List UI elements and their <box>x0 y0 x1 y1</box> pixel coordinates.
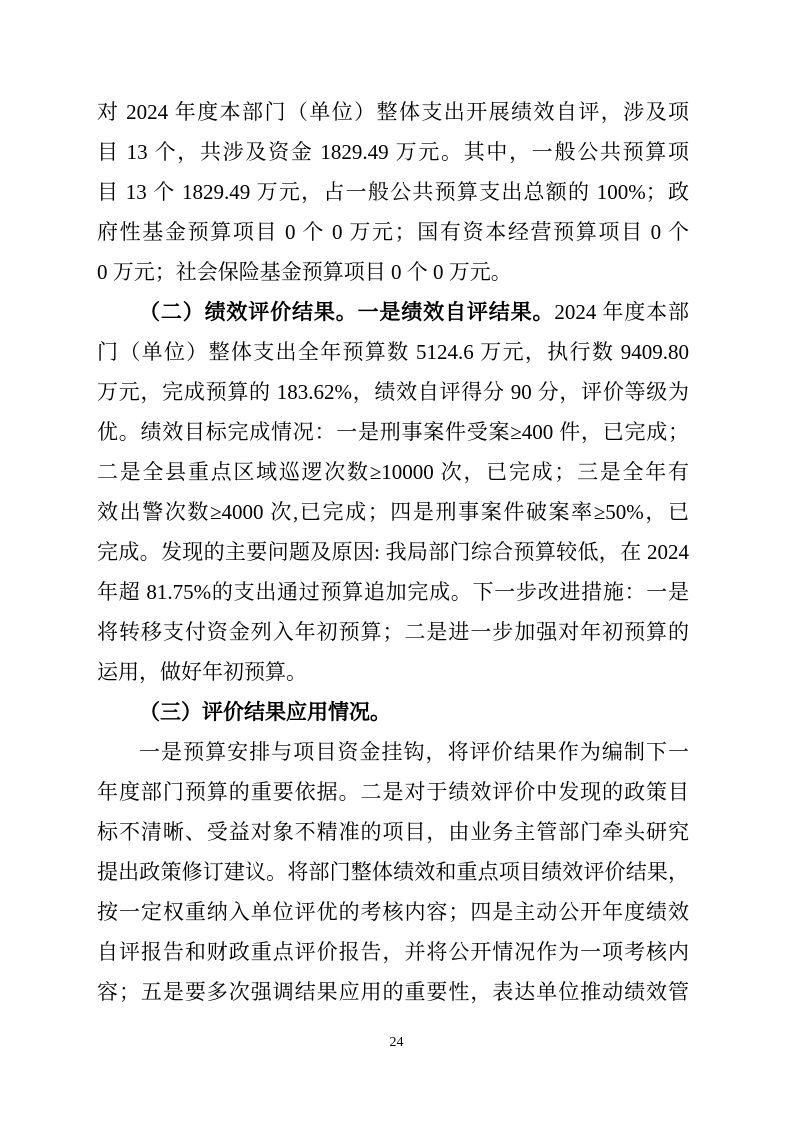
document-page: 对 2024 年度本部门（单位）整体支出开展绩效自评，涉及项目 13 个，共涉及… <box>0 0 793 1122</box>
text-segment: 府性基金预算项目 0 个 0 万元；国有资本经营预算项目 0 个 <box>97 220 689 244</box>
text-line: 优。绩效目标完成情况：一是刑事案件受案≥400 件，已完成； <box>97 412 689 452</box>
text-line: 年度部门预算的重要依据。二是对于绩效评价中发现的政策目 <box>97 772 689 812</box>
text-line: 目 13 个，共涉及资金 1829.49 万元。其中，一般公共预算项 <box>97 132 689 172</box>
paragraph-performance-evaluation-results: （二）绩效评价结果。一是绩效自评结果。2024 年度本部门（单位）整体支出全年预… <box>97 292 689 692</box>
text-line: 效出警次数≥4000 次,已完成；四是刑事案件破案率≥50%，已 <box>97 492 689 532</box>
text-line: 0 万元；社会保险基金预算项目 0 个 0 万元。 <box>97 252 689 292</box>
text-segment: 目 13 个 1829.49 万元，占一般公共预算支出总额的 100%；政 <box>97 180 689 204</box>
text-line: 府性基金预算项目 0 个 0 万元；国有资本经营预算项目 0 个 <box>97 212 689 252</box>
text-line: 容；五是要多次强调结果应用的重要性，表达单位推动绩效管 <box>97 972 689 1012</box>
document-body: 对 2024 年度本部门（单位）整体支出开展绩效自评，涉及项目 13 个，共涉及… <box>97 92 689 1012</box>
text-segment: 对 2024 年度本部门（单位）整体支出开展绩效自评，涉及项 <box>97 100 689 124</box>
text-line: 万元，完成预算的 183.62%，绩效自评得分 90 分，评价等级为 <box>97 372 689 412</box>
text-line: 门（单位）整体支出全年预算数 5124.6 万元，执行数 9409.80 <box>97 332 689 372</box>
text-line: 运用，做好年初预算。 <box>97 652 689 692</box>
text-segment: 将转移支付资金列入年初预算；二是进一步加强对年初预算的 <box>97 620 689 644</box>
text-line: 提出政策修订建议。将部门整体绩效和重点项目绩效评价结果， <box>97 852 689 892</box>
text-segment: 二是全县重点区域巡逻次数≥10000 次，已完成；三是全年有 <box>97 460 689 484</box>
text-segment: 目 13 个，共涉及资金 1829.49 万元。其中，一般公共预算项 <box>97 140 689 164</box>
text-line: 按一定权重纳入单位评优的考核内容；四是主动公开年度绩效 <box>97 892 689 932</box>
paragraph-self-evaluation-overview: 对 2024 年度本部门（单位）整体支出开展绩效自评，涉及项目 13 个，共涉及… <box>97 92 689 292</box>
text-line: 自评报告和财政重点评价报告，并将公开情况作为一项考核内 <box>97 932 689 972</box>
text-line: （三）评价结果应用情况。 <box>97 692 689 732</box>
text-segment: 2024 年度本部 <box>554 300 689 324</box>
page-number: 24 <box>0 1035 793 1051</box>
text-segment: 门（单位）整体支出全年预算数 5124.6 万元，执行数 9409.80 <box>97 340 689 364</box>
paragraph-result-application-body: 一是预算安排与项目资金挂钩，将评价结果作为编制下一年度部门预算的重要依据。二是对… <box>97 732 689 1012</box>
text-line: 目 13 个 1829.49 万元，占一般公共预算支出总额的 100%；政 <box>97 172 689 212</box>
text-segment: 提出政策修订建议。将部门整体绩效和重点项目绩效评价结果， <box>97 860 689 884</box>
text-segment: 0 万元；社会保险基金预算项目 0 个 0 万元。 <box>97 260 512 284</box>
text-line: 将转移支付资金列入年初预算；二是进一步加强对年初预算的 <box>97 612 689 652</box>
text-segment-bold: （三）评价结果应用情况。 <box>139 700 391 724</box>
text-line: 标不清晰、受益对象不精准的项目，由业务主管部门牵头研究 <box>97 812 689 852</box>
text-segment: 按一定权重纳入单位评优的考核内容；四是主动公开年度绩效 <box>97 900 689 924</box>
text-line: （二）绩效评价结果。一是绩效自评结果。2024 年度本部 <box>97 292 689 332</box>
text-line: 年超 81.75%的支出通过预算追加完成。下一步改进措施：一是 <box>97 572 689 612</box>
text-segment: 效出警次数≥4000 次,已完成；四是刑事案件破案率≥50%，已 <box>97 500 689 524</box>
text-segment: 万元，完成预算的 183.62%，绩效自评得分 90 分，评价等级为 <box>97 380 689 404</box>
text-segment: 优。绩效目标完成情况：一是刑事案件受案≥400 件，已完成； <box>97 420 689 444</box>
text-segment: 年度部门预算的重要依据。二是对于绩效评价中发现的政策目 <box>97 780 689 804</box>
text-segment: 运用，做好年初预算。 <box>97 660 307 684</box>
text-line: 对 2024 年度本部门（单位）整体支出开展绩效自评，涉及项 <box>97 92 689 132</box>
text-segment: 完成。发现的主要问题及原因: 我局部门综合预算较低，在 2024 <box>97 540 689 564</box>
text-line: 完成。发现的主要问题及原因: 我局部门综合预算较低，在 2024 <box>97 532 689 572</box>
text-segment: 自评报告和财政重点评价报告，并将公开情况作为一项考核内 <box>97 940 689 964</box>
text-segment: 标不清晰、受益对象不精准的项目，由业务主管部门牵头研究 <box>97 820 689 844</box>
text-segment: 年超 81.75%的支出通过预算追加完成。下一步改进措施：一是 <box>97 580 689 604</box>
text-segment: 容；五是要多次强调结果应用的重要性，表达单位推动绩效管 <box>97 980 689 1004</box>
paragraph-result-application-heading: （三）评价结果应用情况。 <box>97 692 689 732</box>
text-line: 二是全县重点区域巡逻次数≥10000 次，已完成；三是全年有 <box>97 452 689 492</box>
text-segment-bold: （二）绩效评价结果。一是绩效自评结果。 <box>139 300 554 324</box>
text-segment: 一是预算安排与项目资金挂钩，将评价结果作为编制下一 <box>139 740 689 764</box>
text-line: 一是预算安排与项目资金挂钩，将评价结果作为编制下一 <box>97 732 689 772</box>
